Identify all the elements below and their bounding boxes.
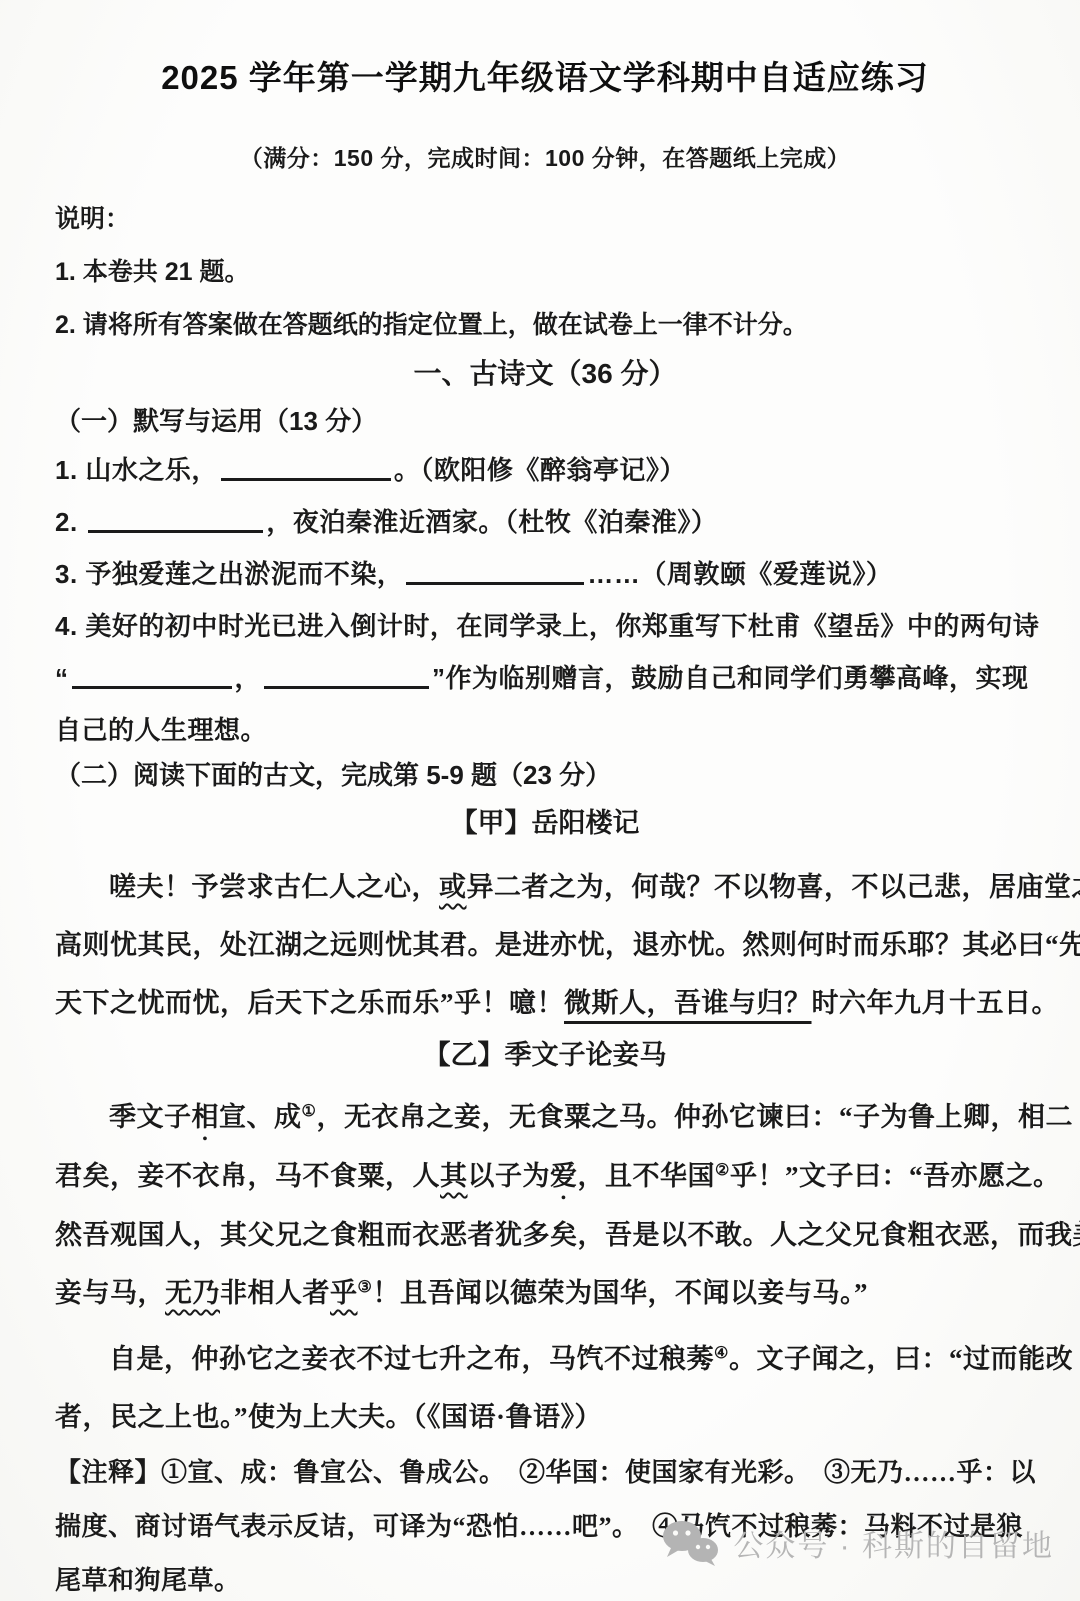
text-line: 3. 予独爱莲之出淤泥而不染，……（周敦颐《爱莲说》）: [55, 548, 1035, 600]
text-segment: 妾与马，: [55, 1278, 165, 1308]
text-segment: 其: [440, 1161, 468, 1191]
passage-yi-paragraph-2: 自是，仲孙它之妾衣不过七升之布，马饩不过稂莠④。文子闻之，曰：“过而能改者，民之…: [55, 1330, 1035, 1446]
answer-blank: [264, 665, 429, 689]
instruction-item-1: 1. 本卷共 21 题。: [55, 255, 1035, 289]
text-line: 者，民之上也。”使为上大夫。（《国语·鲁语》）: [55, 1388, 1035, 1446]
instructions-heading: 说明：: [55, 202, 1035, 236]
text-segment: 君矣，妾不衣帛，马不食粟，人: [55, 1161, 440, 1191]
page-title: 2025 学年第一学期九年级语文学科期中自适应练习: [55, 56, 1035, 100]
answer-blank: [406, 561, 584, 585]
text-segment: ”作为临别赠言，鼓励自己和同学们勇攀高峰，实现: [432, 663, 1029, 693]
wechat-icon: [661, 1520, 721, 1566]
text-segment: ④: [714, 1344, 729, 1362]
text-segment: 者，民之上也。”使为上大夫。（《国语·鲁语》）: [55, 1402, 602, 1432]
text-line: 天下之忧而忧，后天下之乐而乐”乎！噫！微斯人，吾谁与归？时六年九月十五日。: [55, 974, 1035, 1032]
text-line: 嗟夫！予尝求古仁人之心，或异二者之为，何哉？不以物喜，不以己悲，居庙堂之: [55, 858, 1035, 916]
text-segment: 宣、成: [219, 1102, 302, 1132]
page-subtitle: （满分：150 分，完成时间：100 分钟，在答题纸上完成）: [55, 140, 1035, 176]
text-segment: 2.: [55, 507, 85, 537]
text-segment: ②: [715, 1161, 730, 1179]
text-line: 【注释】①宣、成：鲁宣公、鲁成公。 ②华国：使国家有光彩。 ③无乃……乎：以: [55, 1446, 1035, 1500]
text-line: 君矣，妾不衣帛，马不食粟，人其以子为爱，且不华国②乎！”文子曰：“吾亦愿之。: [55, 1147, 1035, 1206]
text-segment: 相: [192, 1102, 220, 1132]
text-segment: 1. 山水之乐，: [55, 455, 218, 485]
text-segment: ，: [235, 663, 262, 693]
passage-yi-paragraph-1: 季文子相宣、成①，无衣帛之妾，无食粟之马。仲孙它谏曰：“子为鲁上卿，相二君矣，妾…: [55, 1088, 1035, 1322]
text-segment: 【注释】①宣、成：鲁宣公、鲁成公。 ②华国：使国家有光彩。 ③无乃……乎：以: [55, 1458, 1036, 1487]
text-segment: 乎！”文子曰：“吾亦愿之。: [730, 1161, 1061, 1191]
text-segment: 爱: [550, 1161, 578, 1191]
text-line: 季文子相宣、成①，无衣帛之妾，无食粟之马。仲孙它谏曰：“子为鲁上卿，相二: [55, 1088, 1035, 1147]
watermark-text: 公众号 · 科斯的自留地: [733, 1521, 1054, 1565]
passage-yi-title: 【乙】季文子论妾马: [55, 1036, 1035, 1074]
text-segment: 高则忧其民，处江湖之远则忧其君。是进亦忧，退亦忧。然则何时而乐耶？其必曰“先: [55, 930, 1080, 960]
watermark: 公众号 · 科斯的自留地: [661, 1520, 1054, 1566]
text-line: 高则忧其民，处江湖之远则忧其君。是进亦忧，退亦忧。然则何时而乐耶？其必曰“先: [55, 916, 1035, 974]
text-segment: ，无衣帛之妾，无食粟之马。仲孙它谏曰：“子为鲁上卿，相二: [317, 1102, 1074, 1132]
text-segment: 嗟夫！予尝求古仁人之心，: [109, 872, 439, 902]
text-segment: 时六年九月十五日。: [812, 988, 1060, 1018]
text-segment: 然吾观国人，其父兄之食粗而衣恶者犹多矣，吾是以不敢。人之父兄食粗衣恶，而我美: [55, 1220, 1080, 1250]
text-line: 自己的人生理想。: [55, 704, 1035, 756]
text-segment: 尾草和狗尾草。: [55, 1566, 241, 1595]
text-segment: 无乃: [165, 1278, 220, 1308]
text-line: 2. ，夜泊秦淮近酒家。（杜牧《泊秦淮》）: [55, 496, 1035, 548]
passage-jia-title: 【甲】岳阳楼记: [55, 804, 1035, 842]
answer-blank: [221, 457, 391, 481]
section-heading-poetry: 一、古诗文（36 分）: [55, 355, 1035, 393]
dictation-questions: 1. 山水之乐，。（欧阳修《醉翁亭记》）2. ，夜泊秦淮近酒家。（杜牧《泊秦淮》…: [55, 444, 1035, 756]
passage-jia-text: 嗟夫！予尝求古仁人之心，或异二者之为，何哉？不以物喜，不以己悲，居庙堂之高则忧其…: [55, 858, 1035, 1032]
text-segment: ，夜泊秦淮近酒家。（杜牧《泊秦淮》）: [266, 507, 717, 537]
text-segment: 自己的人生理想。: [55, 715, 267, 745]
text-segment: 自是，仲孙它之妾衣不过七升之布，马饩不过稂莠: [109, 1344, 714, 1374]
text-segment: “: [55, 663, 69, 693]
part2-heading-reading: （二）阅读下面的古文，完成第 5-9 题（23 分）: [55, 758, 1035, 792]
text-line: 1. 山水之乐，。（欧阳修《醉翁亭记》）: [55, 444, 1035, 496]
text-segment: ……（周敦颐《爱莲说》）: [587, 559, 892, 589]
text-segment: 季文子: [109, 1102, 192, 1132]
text-segment: 。（欧阳修《醉翁亭记》）: [394, 455, 686, 485]
text-segment: ①: [302, 1102, 317, 1120]
text-segment: 或: [439, 872, 467, 902]
text-line: 4. 美好的初中时光已进入倒计时，在同学录上，你郑重写下杜甫《望岳》中的两句诗: [55, 600, 1035, 652]
text-segment: ，且不华国: [578, 1161, 716, 1191]
text-segment: 天下之忧而忧，后天下之乐而乐”乎！噫！: [55, 988, 564, 1018]
text-segment: 3. 予独爱莲之出淤泥而不染，: [55, 559, 403, 589]
answer-blank: [88, 509, 263, 533]
text-line: 然吾观国人，其父兄之食粗而衣恶者犹多矣，吾是以不敢。人之父兄食粗衣恶，而我美: [55, 1206, 1035, 1264]
text-segment: 以子为: [468, 1161, 551, 1191]
exam-paper-page: 2025 学年第一学期九年级语文学科期中自适应练习 （满分：150 分，完成时间…: [0, 0, 1080, 1601]
text-line: 妾与马，无乃非相人者乎③！且吾闻以德荣为国华，不闻以妾与马。”: [55, 1264, 1035, 1322]
text-segment: 乎: [330, 1278, 358, 1308]
instruction-item-2: 2. 请将所有答案做在答题纸的指定位置上，做在试卷上一律不计分。: [55, 308, 1035, 342]
text-segment: ③: [358, 1278, 373, 1296]
text-line: “，”作为临别赠言，鼓励自己和同学们勇攀高峰，实现: [55, 652, 1035, 704]
text-segment: 微斯人，吾谁与归？: [564, 988, 812, 1018]
answer-blank: [72, 665, 232, 689]
text-segment: 异二者之为，何哉？不以物喜，不以己悲，居庙堂之: [467, 872, 1080, 902]
text-line: 自是，仲孙它之妾衣不过七升之布，马饩不过稂莠④。文子闻之，曰：“过而能改: [55, 1330, 1035, 1388]
text-segment: 。文子闻之，曰：“过而能改: [729, 1344, 1073, 1374]
text-segment: 非相人者: [220, 1278, 330, 1308]
part1-heading-dictation: （一）默写与运用（13 分）: [55, 404, 1035, 438]
text-segment: ！且吾闻以德荣为国华，不闻以妾与马。”: [373, 1278, 869, 1308]
text-segment: 4. 美好的初中时光已进入倒计时，在同学录上，你郑重写下杜甫《望岳》中的两句诗: [55, 611, 1039, 641]
